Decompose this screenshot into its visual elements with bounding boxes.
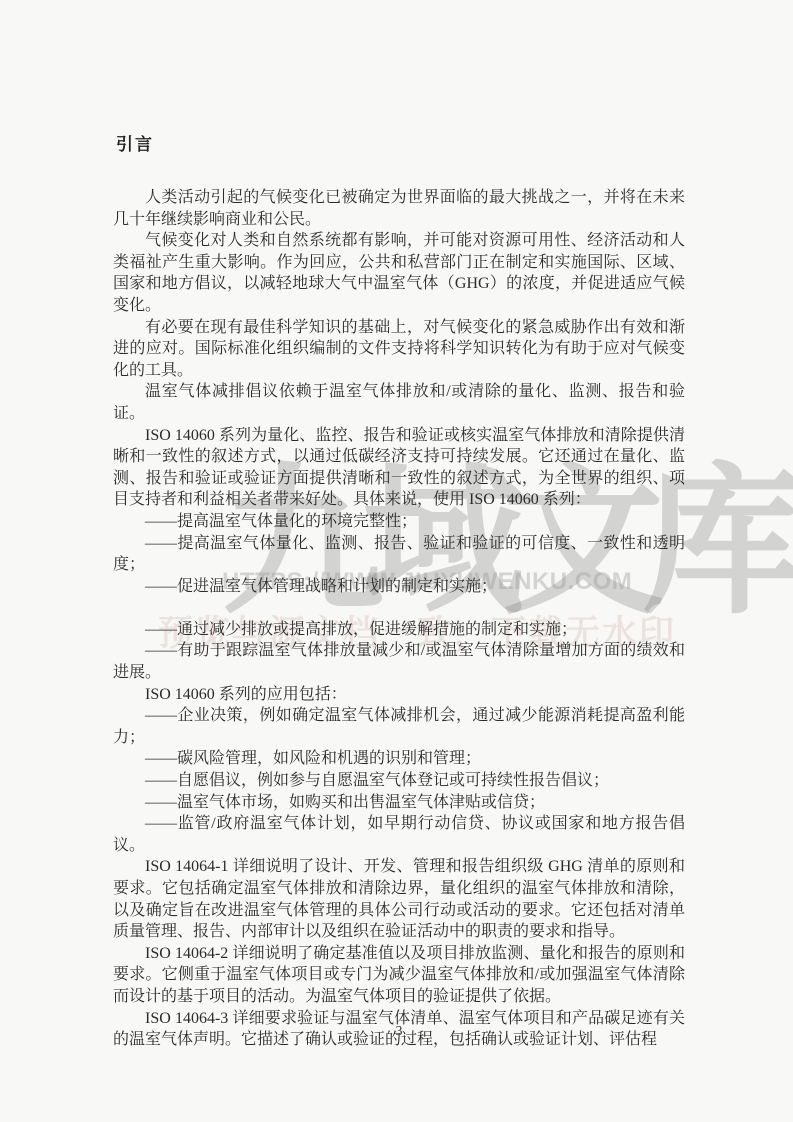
paragraph: ISO 14064-1 详细说明了设计、开发、管理和报告组织级 GHG 清单的原… (113, 856, 685, 942)
paragraph: 温室气体减排倡议依赖于温室气体排放和/或清除的量化、监测、报告和验证。 (113, 381, 685, 424)
paragraph: 有必要在现有最佳科学知识的基础上，对气候变化的紧急威胁作出有效和渐进的应对。国际… (113, 317, 685, 382)
paragraph: 气候变化对人类和自然系统都有影响，并可能对资源可用性、经济活动和人类福祉产生重大… (113, 230, 685, 316)
list-item-dash: ——碳风险管理，如风险和机遇的识别和管理； (113, 748, 685, 770)
list-item-dash: ——温室气体市场，如购买和出售温室气体津贴或信贷； (113, 792, 685, 814)
paragraph: 人类活动引起的气候变化已被确定为世界面临的最大挑战之一，并将在未来几十年继续影响… (113, 187, 685, 230)
paragraph: ISO 14064-2 详细说明了确定基准值以及项目排放监测、量化和报告的原则和… (113, 943, 685, 1008)
list-item-dash: ——监管/政府温室气体计划，如早期行动信贷、协议或国家和地方报告倡议。 (113, 813, 685, 856)
paragraph: ISO 14060 系列的应用包括： (113, 684, 685, 706)
list-item-dash: ——有助于跟踪温室气体排放量减少和/或温室气体清除量增加方面的绩效和进展。 (113, 640, 685, 683)
list-item-dash: ——提高温室气体量化的环境完整性； (113, 511, 685, 533)
list-item-dash: ——提高温室气体量化、监测、报告、验证和验证的可信度、一致性和透明度； (113, 533, 685, 576)
list-item-dash: ——企业决策，例如确定温室气体减排机会，通过减少能源消耗提高盈利能力； (113, 705, 685, 748)
list-item-dash: ——通过减少排放或提高排放，促进缓解措施的制定和实施； (113, 619, 685, 641)
section-heading: 引言 (116, 130, 154, 155)
list-item-dash: ——促进温室气体管理战略和计划的制定和实施； (113, 576, 685, 598)
document-body: 人类活动引起的气候变化已被确定为世界面临的最大挑战之一，并将在未来几十年继续影响… (113, 187, 685, 1051)
list-item-dash: ——自愿倡议，例如参与自愿温室气体登记或可持续性报告倡议； (113, 770, 685, 792)
blank-line (113, 597, 685, 619)
document-page: 九域文库 HTTPS://WWW.JIUYUWENKU.COM 预览与源文档一致… (0, 0, 793, 1122)
page-number: 3 (113, 1024, 685, 1040)
paragraph: ISO 14060 系列为量化、监控、报告和验证或核实温室气体排放和清除提供清晰… (113, 425, 685, 511)
